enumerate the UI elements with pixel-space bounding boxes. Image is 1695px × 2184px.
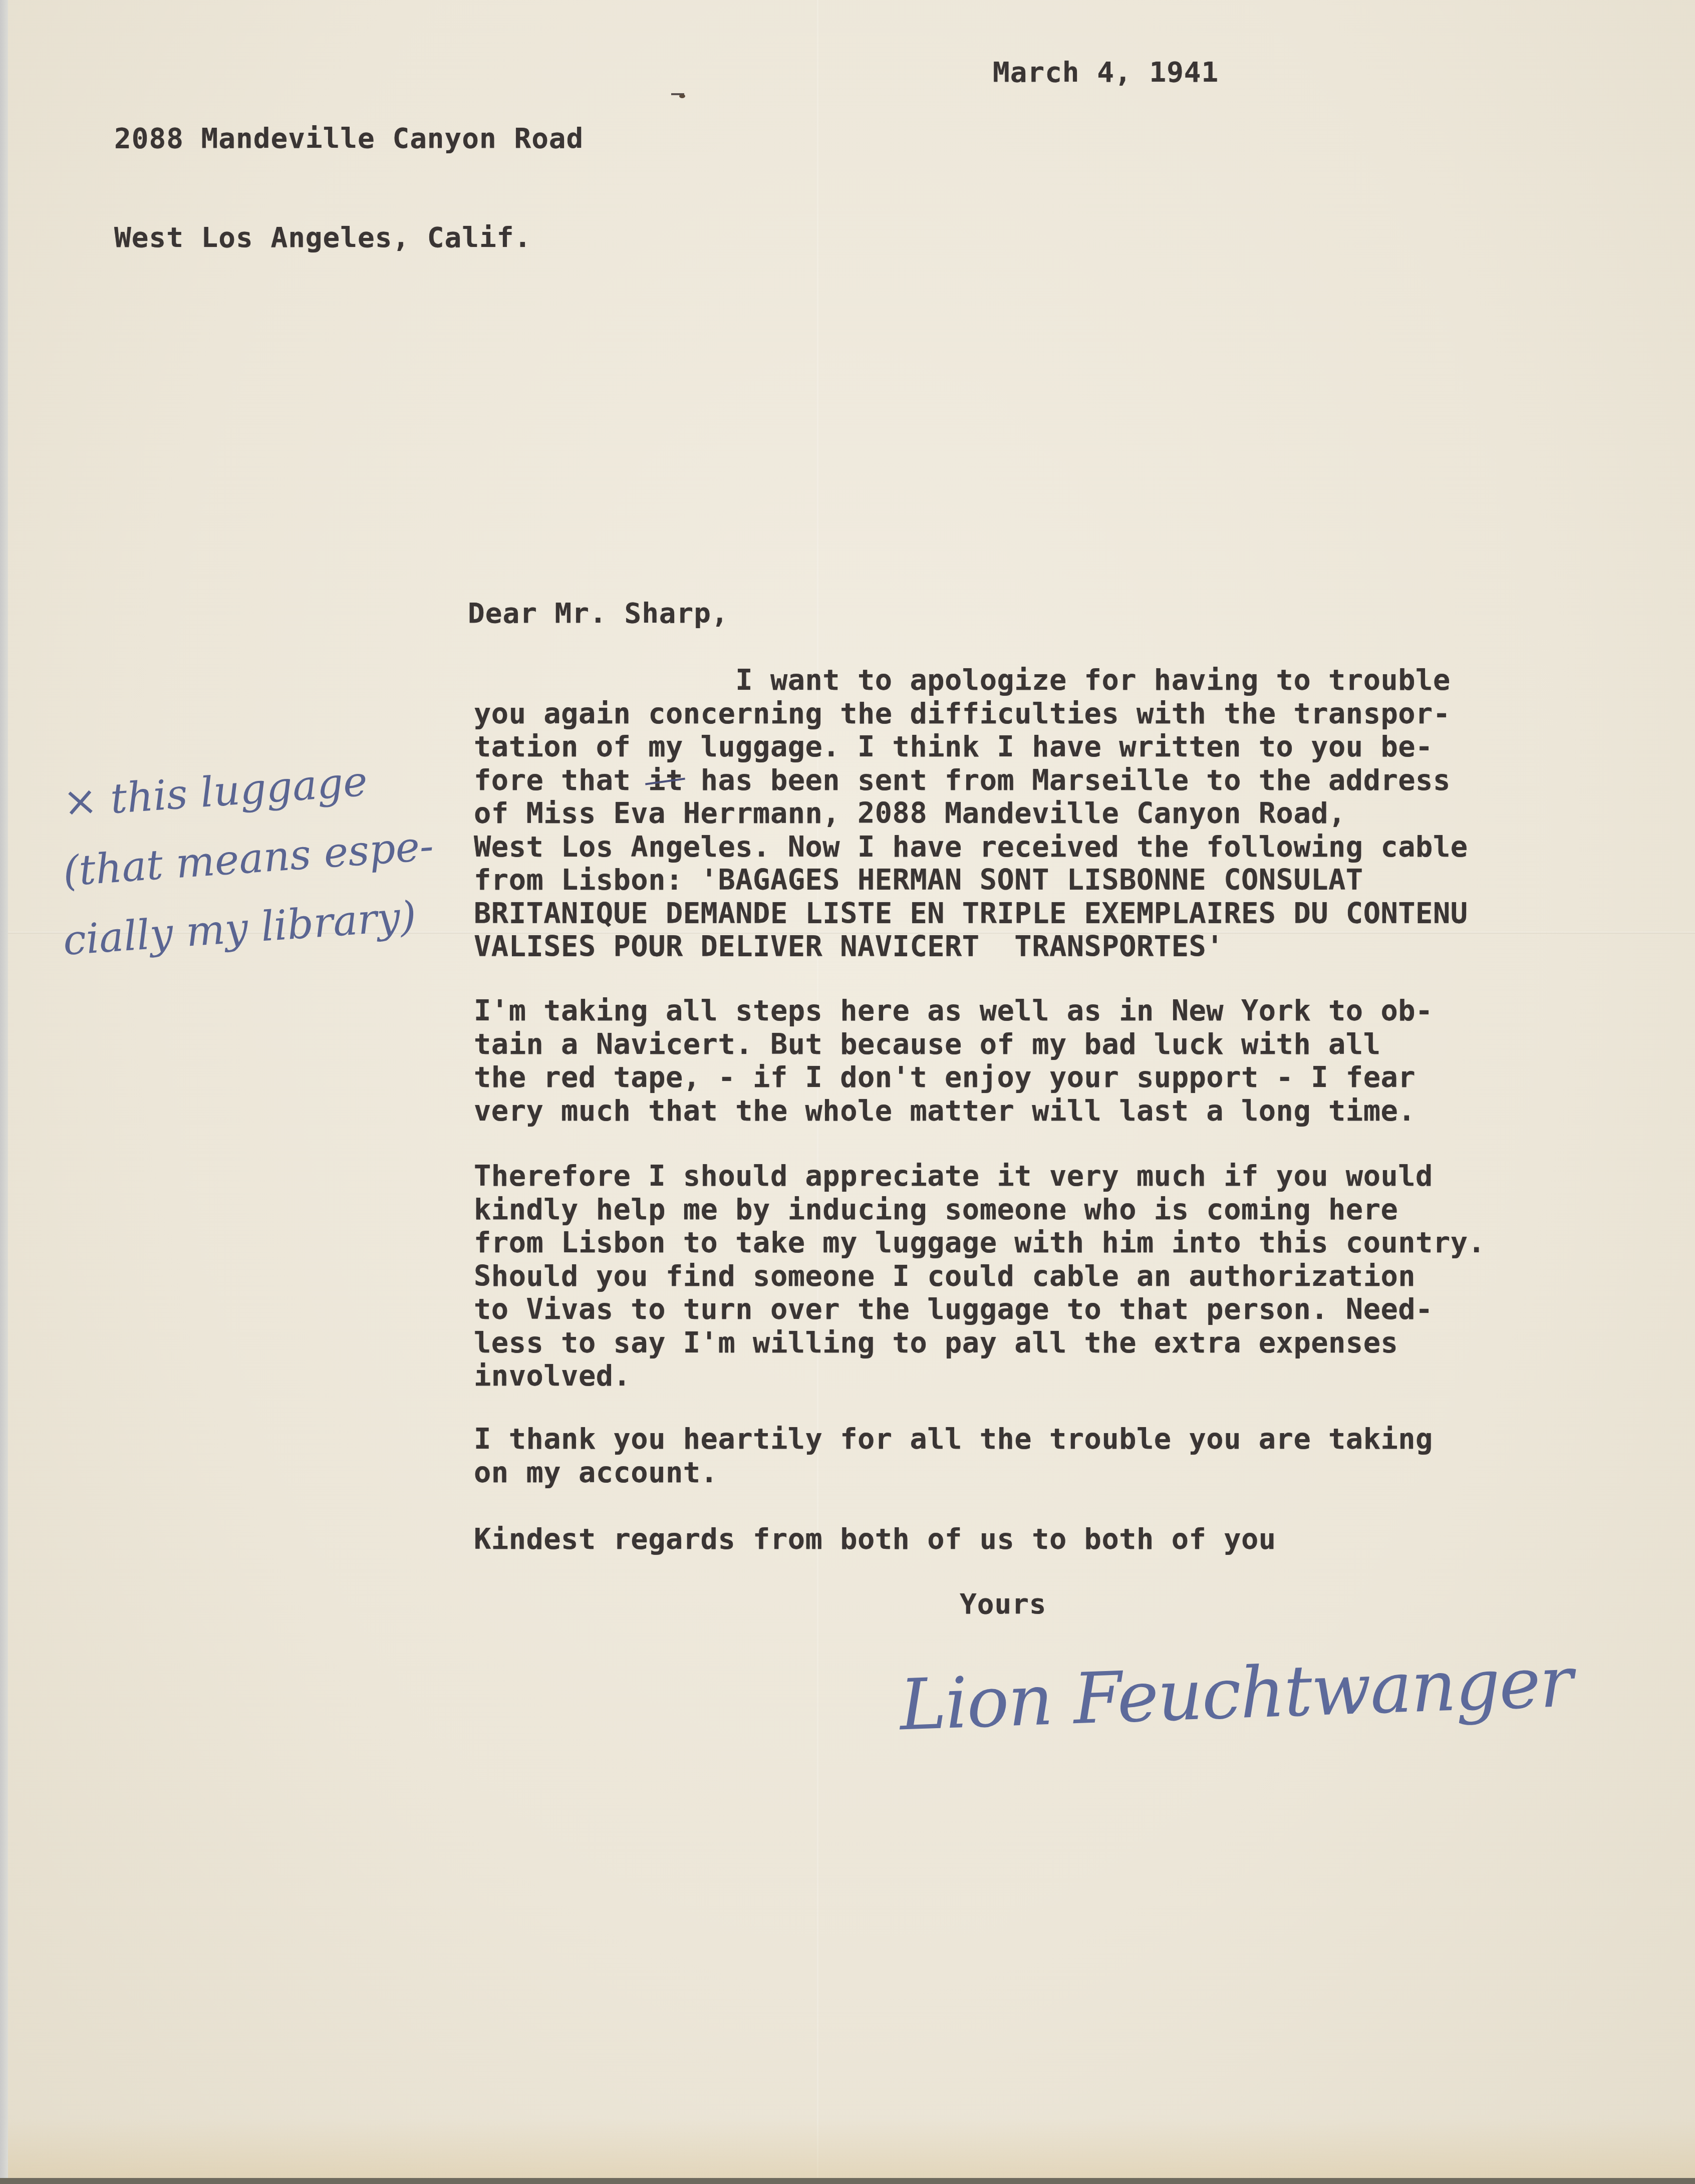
- body-line: involved.: [474, 1359, 1626, 1393]
- handwritten-margin-note: × this luggage (that means espe- cially …: [63, 759, 434, 985]
- body-line: the red tape, - if I don't enjoy your su…: [474, 1061, 1626, 1095]
- body-line: kindly help me by inducing someone who i…: [474, 1193, 1626, 1227]
- scan-bottom-edge: [0, 2178, 1695, 2184]
- paper-stain: [8, 2118, 1695, 2178]
- handwritten-signature: Lion Feuchtwanger: [899, 1642, 1574, 1747]
- body-line: Kindest regards from both of us to both …: [474, 1523, 1626, 1556]
- paragraph-1: I want to apologize for having to troubl…: [474, 664, 1626, 964]
- ink-speck: [679, 94, 685, 98]
- text-fragment: has been sent from Marseille to the addr…: [683, 764, 1451, 797]
- cable-text-line: BRITANIQUE DEMANDE LISTE EN TRIPLE EXEMP…: [474, 897, 1626, 931]
- margin-note-line: × this luggage: [62, 752, 435, 828]
- sender-address: 2088 Mandeville Canyon Road West Los Ang…: [114, 56, 584, 321]
- cable-text-line: VALISES POUR DELIVER NAVICERT TRANSPORTE…: [474, 930, 1626, 964]
- salutation: Dear Mr. Sharp,: [468, 597, 729, 630]
- text-fragment: fore that: [474, 764, 648, 797]
- body-line: Therefore I should appreciate it very mu…: [474, 1160, 1626, 1193]
- body-line: I want to apologize for having to troubl…: [474, 664, 1626, 697]
- body-line: less to say I'm willing to pay all the e…: [474, 1326, 1626, 1360]
- body-line: very much that the whole matter will las…: [474, 1095, 1626, 1128]
- body-line: Should you find someone I could cable an…: [474, 1260, 1626, 1293]
- body-line: I thank you heartily for all the trouble…: [474, 1423, 1626, 1456]
- body-line: tain a Navicert. But because of my bad l…: [474, 1028, 1626, 1061]
- address-line-2: West Los Angeles, Calif.: [114, 221, 584, 254]
- letter-date: March 4, 1941: [993, 56, 1219, 89]
- body-line: from Lisbon to take my luggage with him …: [474, 1226, 1626, 1260]
- scan-left-edge: [0, 0, 8, 2184]
- body-line: of Miss Eva Herrmann, 2088 Mandeville Ca…: [474, 797, 1626, 831]
- paragraph-3: Therefore I should appreciate it very mu…: [474, 1160, 1626, 1393]
- body-line: from Lisbon: 'BAGAGES HERMAN SONT LISBON…: [474, 864, 1626, 897]
- body-line-with-correction: fore that it has been sent from Marseill…: [474, 764, 1626, 797]
- margin-note-line: cially my library): [62, 890, 435, 966]
- closing: Yours: [960, 1588, 1047, 1621]
- body-line: you again concerning the difficulties wi…: [474, 697, 1626, 731]
- letter-page: 2088 Mandeville Canyon Road West Los Ang…: [8, 0, 1695, 2178]
- body-line: to Vivas to turn over the luggage to tha…: [474, 1293, 1626, 1326]
- address-line-1: 2088 Mandeville Canyon Road: [114, 122, 584, 155]
- struck-out-word: it: [648, 764, 683, 797]
- body-line: I'm taking all steps here as well as in …: [474, 994, 1626, 1028]
- body-line: West Los Angeles. Now I have received th…: [474, 831, 1626, 864]
- paragraph-4: I thank you heartily for all the trouble…: [474, 1423, 1626, 1489]
- body-line: on my account.: [474, 1456, 1626, 1490]
- paragraph-2: I'm taking all steps here as well as in …: [474, 994, 1626, 1128]
- paragraph-5: Kindest regards from both of us to both …: [474, 1523, 1626, 1556]
- margin-note-line: (that means espe-: [62, 821, 435, 897]
- body-line: tation of my luggage. I think I have wri…: [474, 730, 1626, 764]
